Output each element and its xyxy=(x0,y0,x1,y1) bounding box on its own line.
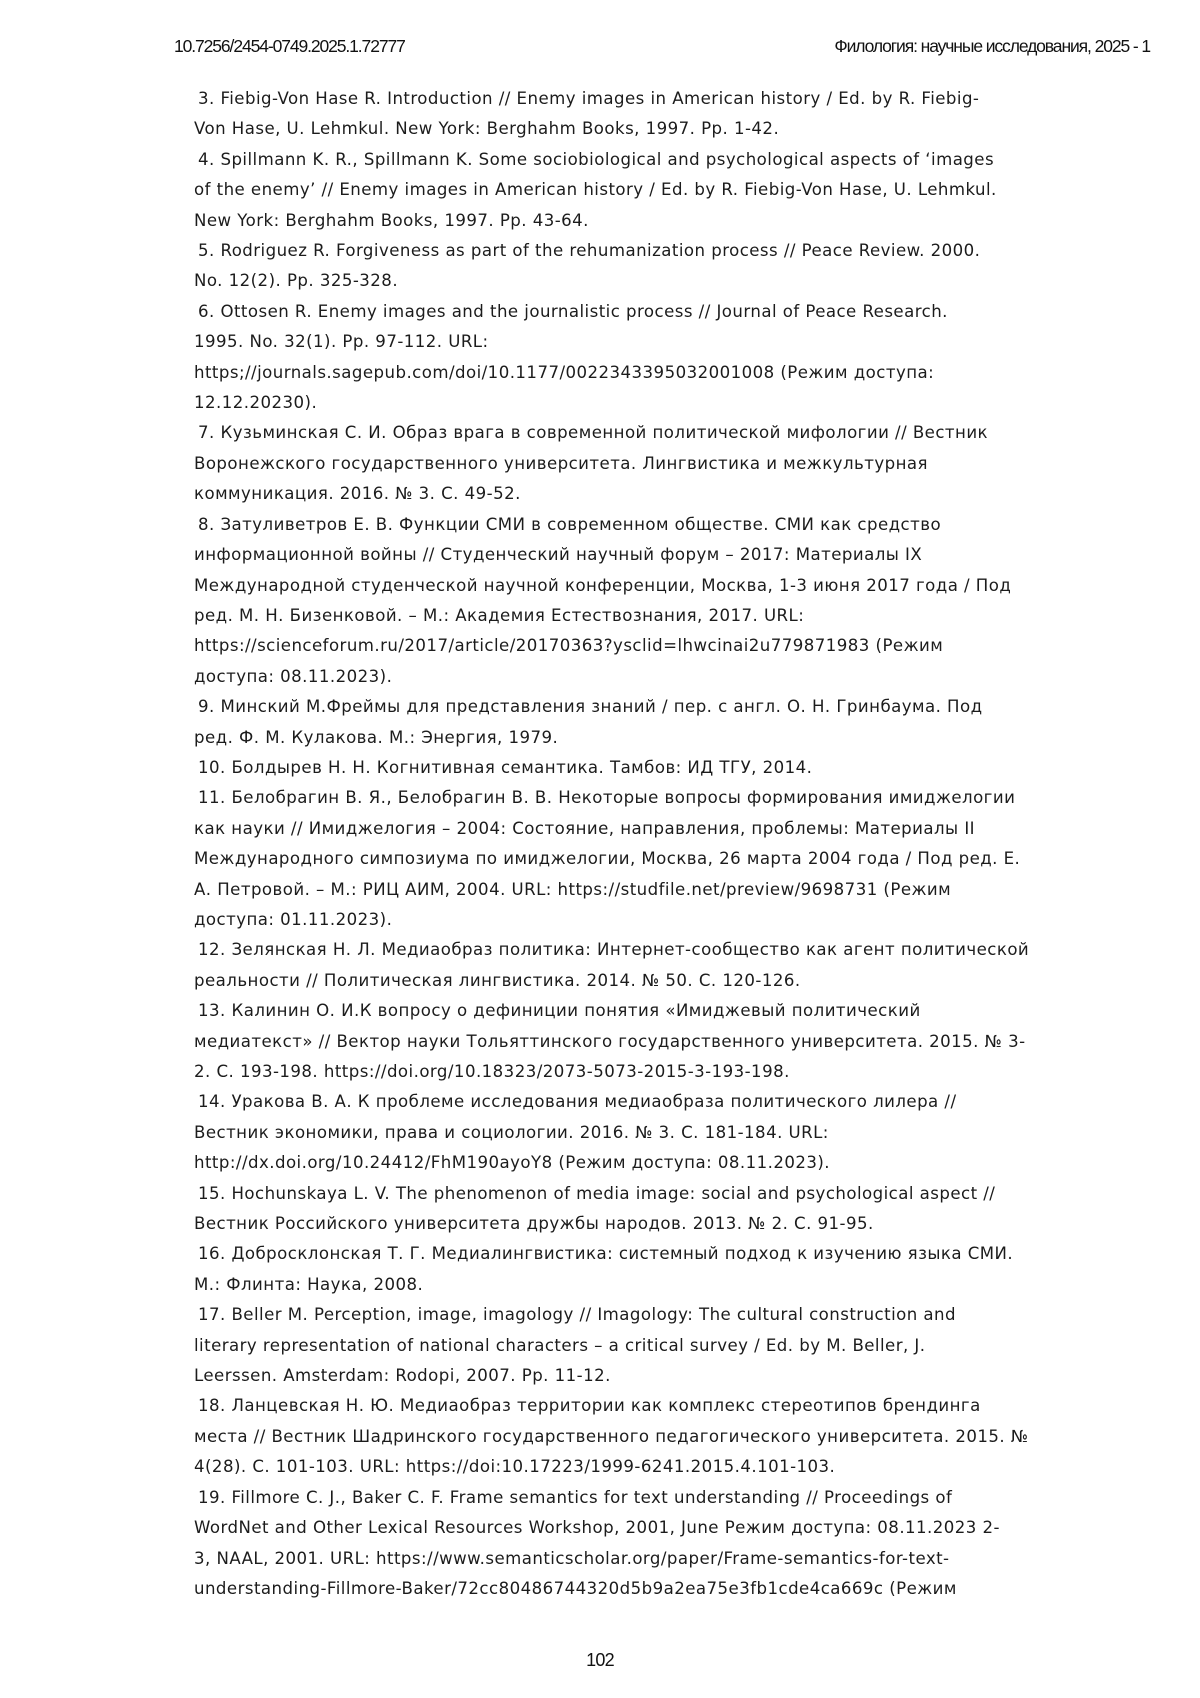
reference-line: 4. Spillmann K. R., Spillmann K. Some so… xyxy=(194,145,1134,175)
reference-line: 5. Rodriguez R. Forgiveness as part of t… xyxy=(194,236,1134,266)
reference-line: медиатекст» // Вектор науки Тольяттинско… xyxy=(194,1027,1134,1057)
reference-line: Международной студенческой научной конфе… xyxy=(194,571,1134,601)
reference-item: 17. Beller M. Perception, image, imagolo… xyxy=(194,1300,1134,1391)
reference-line: 6. Ottosen R. Enemy images and the journ… xyxy=(194,297,1134,327)
reference-line: доступа: 08.11.2023). xyxy=(194,662,1134,692)
reference-item: 13. Калинин О. И.К вопросу о дефиниции п… xyxy=(194,996,1134,1087)
reference-line: 7. Кузьминская С. И. Образ врага в совре… xyxy=(194,418,1134,448)
reference-line: коммуникация. 2016. № 3. С. 49-52. xyxy=(194,479,1134,509)
journal-title: Филология: научные исследования, 2025 - … xyxy=(834,36,1150,57)
reference-line: 12.12.20230). xyxy=(194,388,1134,418)
reference-line: 15. Hochunskaya L. V. The phenomenon of … xyxy=(194,1179,1134,1209)
reference-line: 12. Зелянская Н. Л. Медиаобраз политика:… xyxy=(194,935,1134,965)
reference-line: 13. Калинин О. И.К вопросу о дефиниции п… xyxy=(194,996,1134,1026)
reference-line: WordNet and Other Lexical Resources Work… xyxy=(194,1513,1134,1543)
reference-item: 12. Зелянская Н. Л. Медиаобраз политика:… xyxy=(194,935,1134,996)
reference-line: 16. Добросклонская Т. Г. Медиалингвистик… xyxy=(194,1239,1134,1269)
reference-item: 15. Hochunskaya L. V. The phenomenon of … xyxy=(194,1179,1134,1240)
reference-line: 3. Fiebig-Von Hase R. Introduction // En… xyxy=(194,84,1134,114)
reference-line: http://dx.doi.org/10.24412/FhM190ayoY8 (… xyxy=(194,1148,1134,1178)
reference-line: ред. Ф. М. Кулакова. М.: Энергия, 1979. xyxy=(194,723,1134,753)
reference-item: 10. Болдырев Н. Н. Когнитивная семантика… xyxy=(194,753,1134,783)
reference-item: 16. Добросклонская Т. Г. Медиалингвистик… xyxy=(194,1239,1134,1300)
reference-line: 9. Минский М.Фреймы для представления зн… xyxy=(194,692,1134,722)
reference-line: информационной войны // Студенческий нау… xyxy=(194,540,1134,570)
reference-item: 8. Затуливетров Е. В. Функции СМИ в совр… xyxy=(194,510,1134,692)
reference-line: Leerssen. Amsterdam: Rodopi, 2007. Pp. 1… xyxy=(194,1361,1134,1391)
reference-line: 19. Fillmore C. J., Baker C. F. Frame se… xyxy=(194,1483,1134,1513)
reference-item: 18. Ланцевская Н. Ю. Медиаобраз территор… xyxy=(194,1391,1134,1482)
reference-line: реальности // Политическая лингвистика. … xyxy=(194,966,1134,996)
reference-item: 14. Уракова В. А. К проблеме исследовани… xyxy=(194,1087,1134,1178)
reference-item: 9. Минский М.Фреймы для представления зн… xyxy=(194,692,1134,753)
reference-item: 5. Rodriguez R. Forgiveness as part of t… xyxy=(194,236,1134,297)
reference-line: 18. Ланцевская Н. Ю. Медиаобраз территор… xyxy=(194,1391,1134,1421)
reference-line: 2. С. 193-198. https://doi.org/10.18323/… xyxy=(194,1057,1134,1087)
reference-line: Воронежского государственного университе… xyxy=(194,449,1134,479)
reference-line: https://scienceforum.ru/2017/article/201… xyxy=(194,631,1134,661)
reference-line: 8. Затуливетров Е. В. Функции СМИ в совр… xyxy=(194,510,1134,540)
reference-line: New York: Berghahm Books, 1997. Pp. 43-6… xyxy=(194,206,1134,236)
reference-item: 3. Fiebig-Von Hase R. Introduction // En… xyxy=(194,84,1134,145)
reference-line: Вестник Российского университета дружбы … xyxy=(194,1209,1134,1239)
reference-line: ред. М. Н. Бизенковой. – М.: Академия Ес… xyxy=(194,601,1134,631)
reference-line: of the enemy’ // Enemy images in America… xyxy=(194,175,1134,205)
reference-line: Von Hase, U. Lehmkul. New York: Berghahm… xyxy=(194,114,1134,144)
reference-line: М.: Флинта: Наука, 2008. xyxy=(194,1270,1134,1300)
reference-line: literary representation of national char… xyxy=(194,1331,1134,1361)
reference-line: 4(28). С. 101-103. URL: https://doi:10.1… xyxy=(194,1452,1134,1482)
reference-line: А. Петровой. – М.: РИЦ АИМ, 2004. URL: h… xyxy=(194,875,1134,905)
reference-line: Вестник экономики, права и социологии. 2… xyxy=(194,1118,1134,1148)
reference-line: https;//journals.sagepub.com/doi/10.1177… xyxy=(194,358,1134,388)
running-header: 10.7256/2454-0749.2025.1.72777 Филология… xyxy=(174,36,1150,60)
page-number: 102 xyxy=(0,1650,1200,1671)
reference-item: 11. Белобрагин В. Я., Белобрагин В. В. Н… xyxy=(194,783,1134,935)
reference-line: Международного симпозиума по имиджелогии… xyxy=(194,844,1134,874)
reference-line: 3, NAAL, 2001. URL: https://www.semantic… xyxy=(194,1544,1134,1574)
doi-label: 10.7256/2454-0749.2025.1.72777 xyxy=(174,36,405,57)
reference-line: 11. Белобрагин В. Я., Белобрагин В. В. Н… xyxy=(194,783,1134,813)
reference-item: 4. Spillmann K. R., Spillmann K. Some so… xyxy=(194,145,1134,236)
reference-line: 14. Уракова В. А. К проблеме исследовани… xyxy=(194,1087,1134,1117)
reference-line: No. 12(2). Pp. 325-328. xyxy=(194,266,1134,296)
reference-line: 17. Beller M. Perception, image, imagolo… xyxy=(194,1300,1134,1330)
reference-line: места // Вестник Шадринского государстве… xyxy=(194,1422,1134,1452)
reference-line: как науки // Имиджелогия – 2004: Состоян… xyxy=(194,814,1134,844)
reference-item: 19. Fillmore C. J., Baker C. F. Frame se… xyxy=(194,1483,1134,1605)
reference-line: 10. Болдырев Н. Н. Когнитивная семантика… xyxy=(194,753,1134,783)
reference-line: 1995. No. 32(1). Pp. 97-112. URL: xyxy=(194,327,1134,357)
reference-line: доступа: 01.11.2023). xyxy=(194,905,1134,935)
reference-item: 6. Ottosen R. Enemy images and the journ… xyxy=(194,297,1134,419)
reference-list: 3. Fiebig-Von Hase R. Introduction // En… xyxy=(194,84,1134,1604)
reference-line: understanding-Fillmore-Baker/72cc8048674… xyxy=(194,1574,1134,1604)
reference-item: 7. Кузьминская С. И. Образ врага в совре… xyxy=(194,418,1134,509)
